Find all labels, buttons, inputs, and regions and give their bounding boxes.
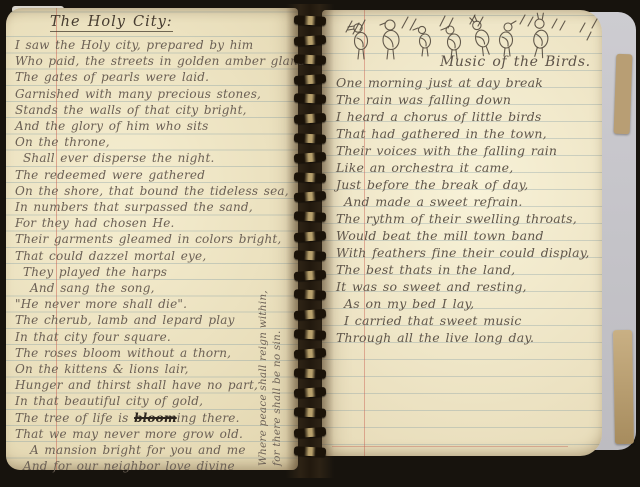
binding-loop — [294, 172, 326, 183]
poem-line: As on my bed I lay, — [336, 295, 590, 312]
poem-line: I heard a chorus of little birds — [336, 108, 590, 125]
poem-line: The best thats in the land, — [336, 261, 590, 278]
poem-line: The gates of pearls were laid. — [15, 69, 298, 85]
left-poem-body: I saw the Holy city, prepared by him Who… — [6, 37, 298, 474]
notebook-photo: The Holy City: I saw the Holy city, prep… — [0, 0, 640, 487]
poem-line: Through all the live long day. — [336, 329, 590, 346]
binding-loop — [294, 15, 326, 26]
poem-line: And the glory of him who sits — [15, 118, 298, 134]
torn-tab-top — [614, 54, 633, 135]
poem-line: Like an orchestra it came, — [336, 159, 590, 176]
poem-line-with-strikethrough: The tree of life is blooming there. — [15, 410, 298, 426]
poem-line: Shall ever disperse the night. — [15, 150, 298, 166]
poem-line: A mansion bright for you and me — [15, 442, 298, 458]
right-poem-title: Music of the Birds. — [440, 54, 591, 70]
poem-line: Garnished with many precious stones, — [15, 86, 298, 102]
binding-loop — [294, 368, 326, 379]
binding-loop — [294, 191, 327, 202]
poem-line: I carried that sweet music — [336, 312, 590, 329]
poem-line: Just before the break of day, — [336, 176, 590, 193]
poem-line: One morning just at day break — [336, 74, 590, 91]
poem-line: I saw the Holy city, prepared by him — [15, 37, 298, 53]
binding-loop — [294, 34, 327, 45]
poem-line: Would beat the mill town band — [336, 227, 590, 244]
poem-line: And made a sweet refrain. — [336, 193, 590, 210]
margin-note-vertical-outer: Where peace shall reign within, — [257, 290, 269, 466]
poem-line: With feathers fine their could display, — [336, 244, 590, 261]
binding-loop — [294, 387, 327, 398]
poem-line: "He never more shall die". — [15, 296, 298, 312]
poem-line: That we may never more grow old. — [15, 426, 298, 442]
binding-loop — [294, 329, 326, 340]
poem-line: For they had chosen He. — [15, 215, 298, 231]
poem-line: And sang the song, — [15, 280, 298, 296]
binding-loop — [294, 211, 326, 222]
spiral-binding — [286, 4, 334, 478]
poem-line: Their voices with the falling rain — [336, 142, 590, 159]
binding-loop — [294, 74, 327, 85]
poem-line: Hunger and thirst shall have no part, — [15, 377, 298, 393]
poem-line: The rain was falling down — [336, 91, 590, 108]
poem-line: On the kittens & lions lair, — [15, 361, 298, 377]
poem-line: And for our neighbor love divine — [15, 458, 298, 474]
poem-line: In numbers that surpassed the sand, — [15, 199, 298, 215]
red-bottom-rule — [332, 446, 568, 447]
left-page: The Holy City: I saw the Holy city, prep… — [6, 8, 298, 470]
poem-line: They played the harps — [15, 264, 298, 280]
left-poem-title: The Holy City: — [50, 14, 173, 32]
poem-line: Who paid, the streets in golden amber gl… — [15, 53, 298, 69]
struck-word: bloom — [134, 411, 177, 425]
poem-line: In that city four square. — [15, 329, 298, 345]
right-page: Music of the Birds. One morning just at … — [322, 10, 602, 456]
poem-line: It was so sweet and resting, — [336, 278, 590, 295]
binding-loop — [294, 309, 327, 320]
right-poem-body: One morning just at day break The rain w… — [336, 74, 590, 346]
binding-loop — [294, 113, 327, 124]
poem-line: The redeemed were gathered — [15, 167, 298, 183]
poem-line: The rythm of their swelling throats, — [336, 210, 590, 227]
poem-line: In that beautiful city of gold, — [15, 393, 298, 409]
poem-line: Stands the walls of that city bright, — [15, 102, 298, 118]
binding-loop — [294, 290, 326, 301]
poem-line: On the shore, that bound the tideless se… — [15, 183, 298, 199]
binding-loop — [294, 426, 327, 437]
line-pre: The tree of life is — [15, 411, 134, 425]
binding-loop — [294, 152, 327, 163]
binding-loop — [294, 230, 327, 241]
binding-loop — [294, 348, 327, 359]
poem-line: On the throne, — [15, 134, 298, 150]
binding-loop — [294, 270, 327, 281]
torn-tab-bottom — [613, 330, 634, 444]
binding-loop — [294, 250, 326, 261]
poem-line: That had gathered in the town, — [336, 125, 590, 142]
binding-loop — [294, 133, 326, 144]
poem-line: The roses bloom without a thorn, — [15, 345, 298, 361]
binding-loop — [294, 54, 326, 65]
poem-line: The cherub, lamb and lepard play — [15, 312, 298, 328]
binding-loop — [294, 94, 326, 105]
line-post: ing there. — [177, 411, 240, 425]
binding-loop — [294, 407, 326, 418]
poem-line: Their garments gleamed in colors bright, — [15, 231, 298, 247]
poem-line: That could dazzel mortal eye, — [15, 248, 298, 264]
binding-loop — [294, 446, 326, 457]
margin-note-vertical-inner: for there shall be no sin. — [271, 330, 283, 466]
